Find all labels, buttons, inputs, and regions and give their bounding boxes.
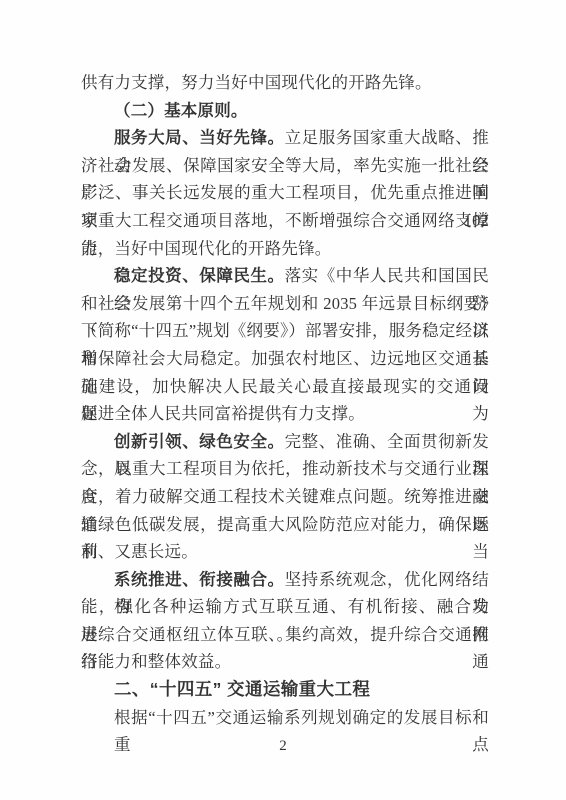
text-line: 施建设，加快解决人民最关心最直接最现实的交通问题，为 xyxy=(81,373,489,401)
text-segment: 力，当好中国现代化的开路先锋。 xyxy=(81,239,332,258)
text-line: （二）基本原则。 xyxy=(81,97,489,125)
section-heading: 二、“十四五” 交通运输重大工程 xyxy=(81,676,489,704)
bold-text-segment: 二、“十四五” 交通运输重大工程 xyxy=(114,679,370,699)
text-line: 供有力支撑，努力当好中国现代化的开路先锋。 xyxy=(81,69,489,97)
text-line: 输绿色低碳发展，提高重大风险防范应对能力，确保既利当 xyxy=(81,511,489,539)
bold-text-segment: 稳定投资、保障民生。 xyxy=(114,266,285,285)
bold-text-segment: 创新引领、绿色安全。 xyxy=(114,432,285,451)
page-number: 2 xyxy=(0,736,566,756)
text-line: 创新引领、绿色安全。完整、准确、全面贯彻新发展理 xyxy=(81,428,489,456)
text-line: 和保障社会大局稳定。加强农村地区、边远地区交通基础设 xyxy=(81,345,489,373)
text-line: 力，当好中国现代化的开路先锋。 xyxy=(81,235,489,263)
document-page: 供有力支撑，努力当好中国现代化的开路先锋。（二）基本原则。服务大局、当好先锋。立… xyxy=(0,0,566,800)
text-segment: 供有力支撑，努力当好中国现代化的开路先锋。 xyxy=(81,73,432,92)
text-line: 系统推进、衔接融合。坚持系统观念，优化网络结构功 xyxy=(81,566,489,594)
text-line: 稳定投资、保障民生。落实《中华人民共和国国民经济 xyxy=(81,262,489,290)
text-line: 济社会发展、保障国家安全等大局，率先实施一批社会影响 xyxy=(81,152,489,180)
text-segment: 促进全体人民共同富裕提供有力支撑。 xyxy=(81,404,365,423)
text-line: 合，着力破解交通工程技术关键难点问题。统筹推进交通运 xyxy=(81,483,489,511)
bold-text-segment: （二）基本原则。 xyxy=(114,101,248,120)
text-segment: 行能力和整体效益。 xyxy=(81,652,231,671)
bold-text-segment: 服务大局、当好先锋。 xyxy=(114,128,285,147)
text-line: 下简称“十四五”规划《纲要》）部署安排，服务稳定经济增长 xyxy=(81,317,489,345)
text-line: 念，以重大工程项目为依托，推动新技术与交通行业深度融 xyxy=(81,455,489,483)
bold-text-segment: 系统推进、衔接融合。 xyxy=(114,570,285,589)
document-body: 供有力支撑，努力当好中国现代化的开路先锋。（二）基本原则。服务大局、当好先锋。立… xyxy=(81,69,489,731)
text-line: 根据“十四五”交通运输系列规划确定的发展目标和重点 xyxy=(81,704,489,732)
text-segment: 前、又惠长远。 xyxy=(81,542,198,561)
text-line: 项重大工程交通项目落地，不断增强综合交通网络支撑能 xyxy=(81,207,489,235)
text-line: 广泛、事关长远发展的重大工程项目，优先重点推进国家 102 xyxy=(81,179,489,207)
text-line: 能，强化各种运输方式互联互通、有机衔接、融合发展。推 xyxy=(81,593,489,621)
text-line: 和社会发展第十四个五年规划和 2035 年远景目标纲要》（以 xyxy=(81,290,489,318)
text-line: 服务大局、当好先锋。立足服务国家重大战略、推动经 xyxy=(81,124,489,152)
text-line: 进综合交通枢纽立体互联、集约高效，提升综合交通网络通 xyxy=(81,621,489,649)
